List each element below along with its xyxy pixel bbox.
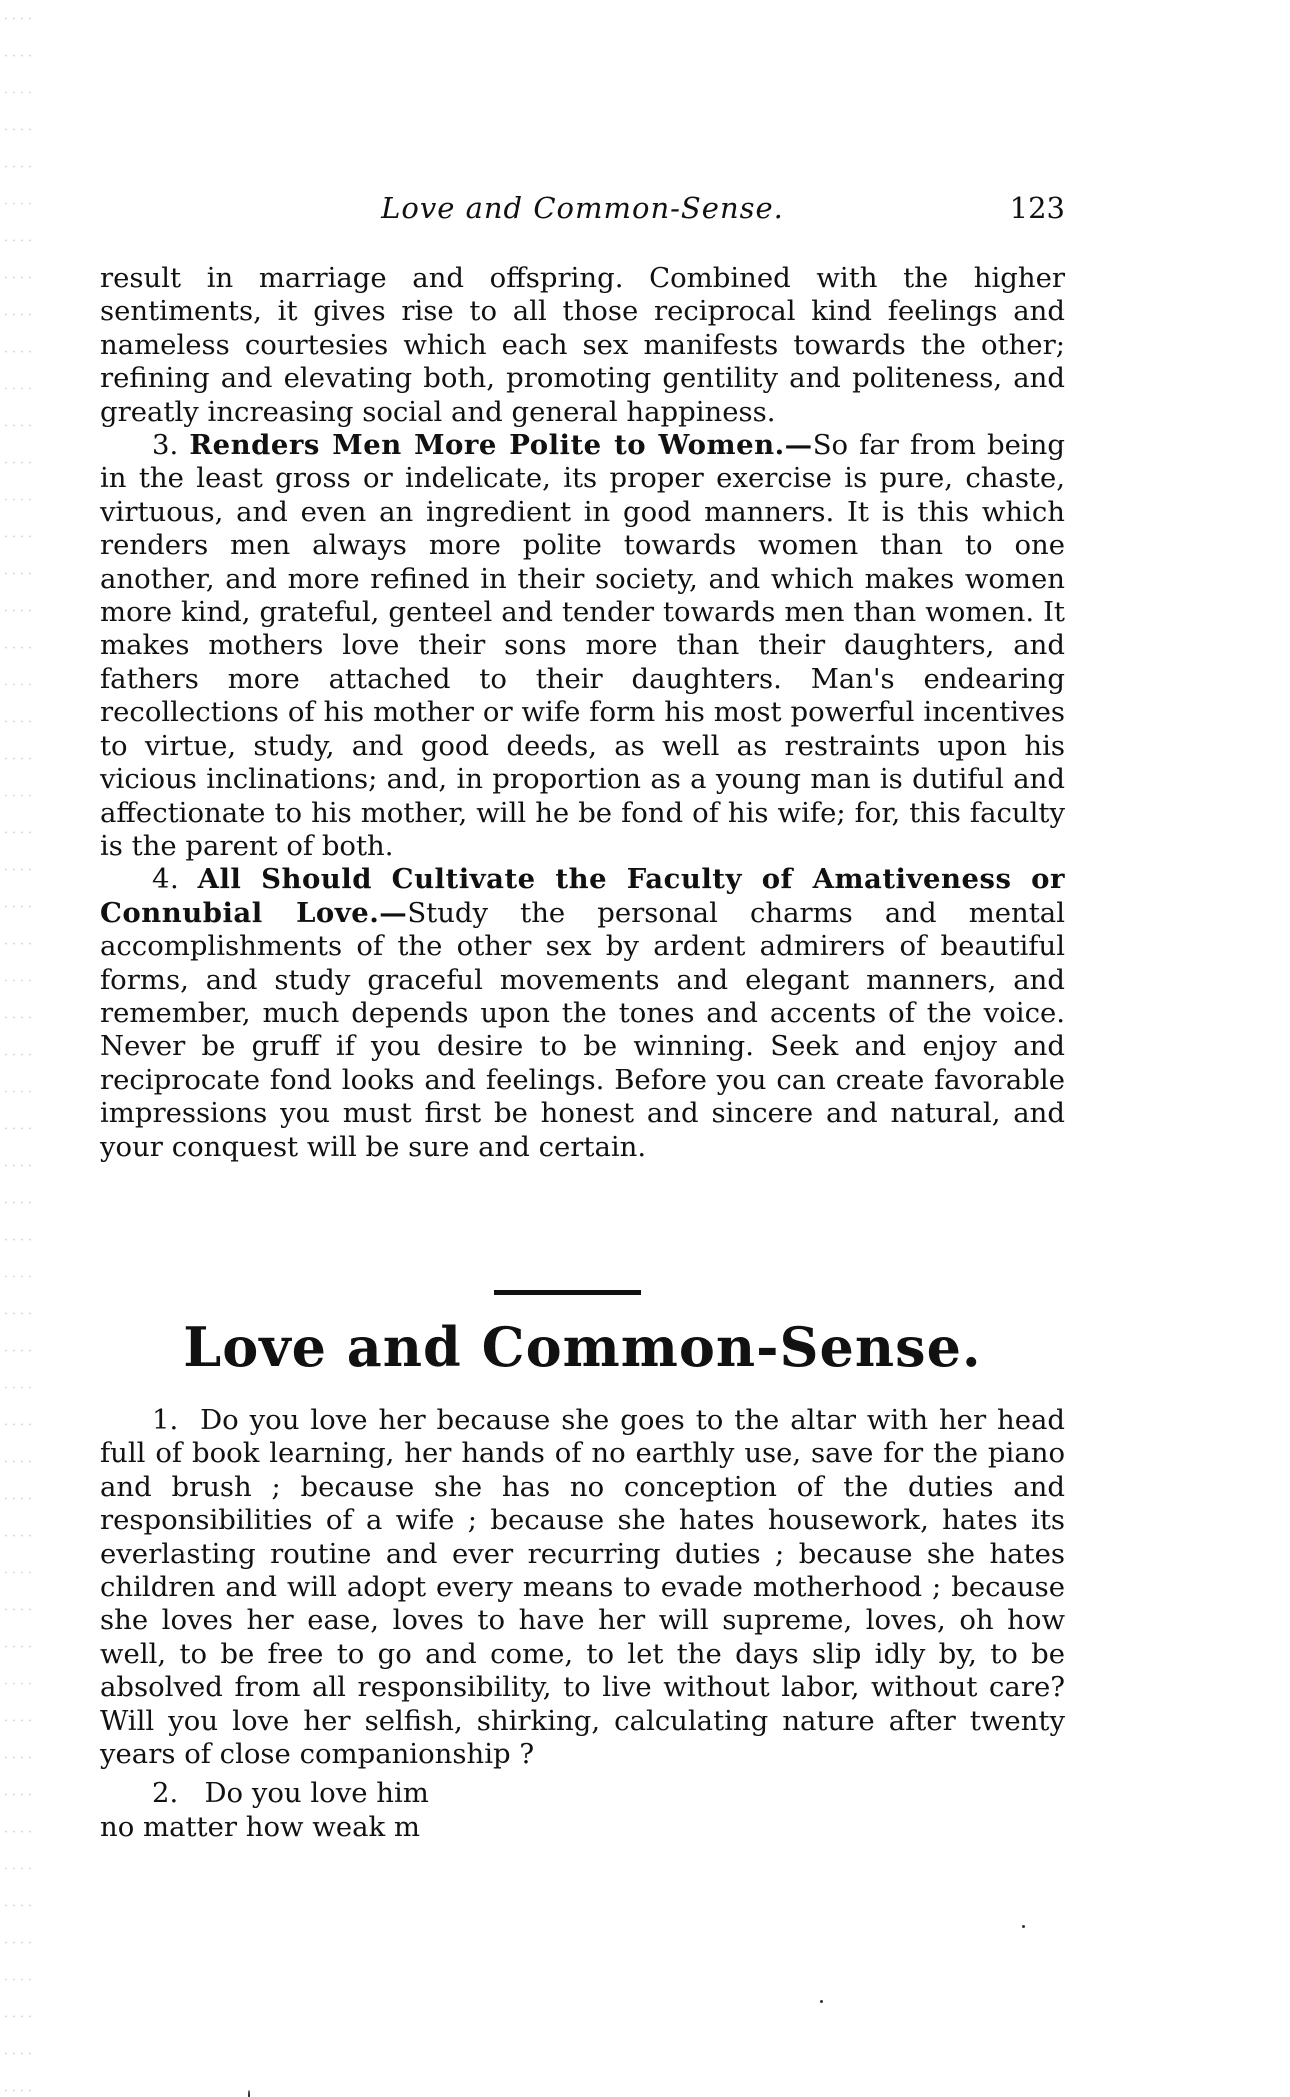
running-header: Love and Common-Sense. 123 [100,188,1065,228]
section-item-2-text-line-1: Do you love him [204,1777,428,1809]
section-item-1: 1. Do you love her because she goes to t… [100,1404,1065,1771]
scan-speck [1022,1925,1025,1928]
item-3-text: So far from being in the least gross or … [100,429,1065,862]
page-number: 123 [1010,188,1065,228]
scan-speck [248,2090,250,2097]
continued-paragraph: result in marriage and offspring. Combin… [100,262,1065,429]
scan-speck [820,2000,823,2003]
item-3-paragraph: 3. Renders Men More Polite to Women.—So … [100,429,1065,863]
item-4-number: 4. [152,863,179,895]
section-divider-rule [494,1290,641,1295]
section-title: Love and Common-Sense. [100,1312,1065,1382]
book-page: Love and Common-Sense. 123 result in mar… [0,0,1290,2097]
item-3-heading: Renders Men More Polite to Women.— [189,429,812,461]
item-4-text: Study the personal charms and mental acc… [100,897,1065,1163]
item-4-paragraph: 4. All Should Cultivate the Faculty of A… [100,863,1065,1164]
body-text-section: 1. Do you love her because she goes to t… [100,1404,1065,1844]
section-item-1-number: 1. [152,1404,178,1436]
section-item-2-line-1: 2. Do you love him [100,1777,1065,1810]
item-3-number: 3. [152,429,178,461]
body-text-top: result in marriage and offspring. Combin… [100,262,1065,1164]
section-item-2: 2. Do you love him no matter how weak m [100,1777,1065,1844]
scan-margin-noise [2,0,32,2097]
section-item-2-text-line-2: no matter how weak m [100,1811,1065,1844]
running-header-title: Love and Common-Sense. [100,188,1065,228]
section-item-1-text: Do you love her because she goes to the … [100,1404,1065,1770]
section-item-2-number: 2. [152,1777,178,1809]
